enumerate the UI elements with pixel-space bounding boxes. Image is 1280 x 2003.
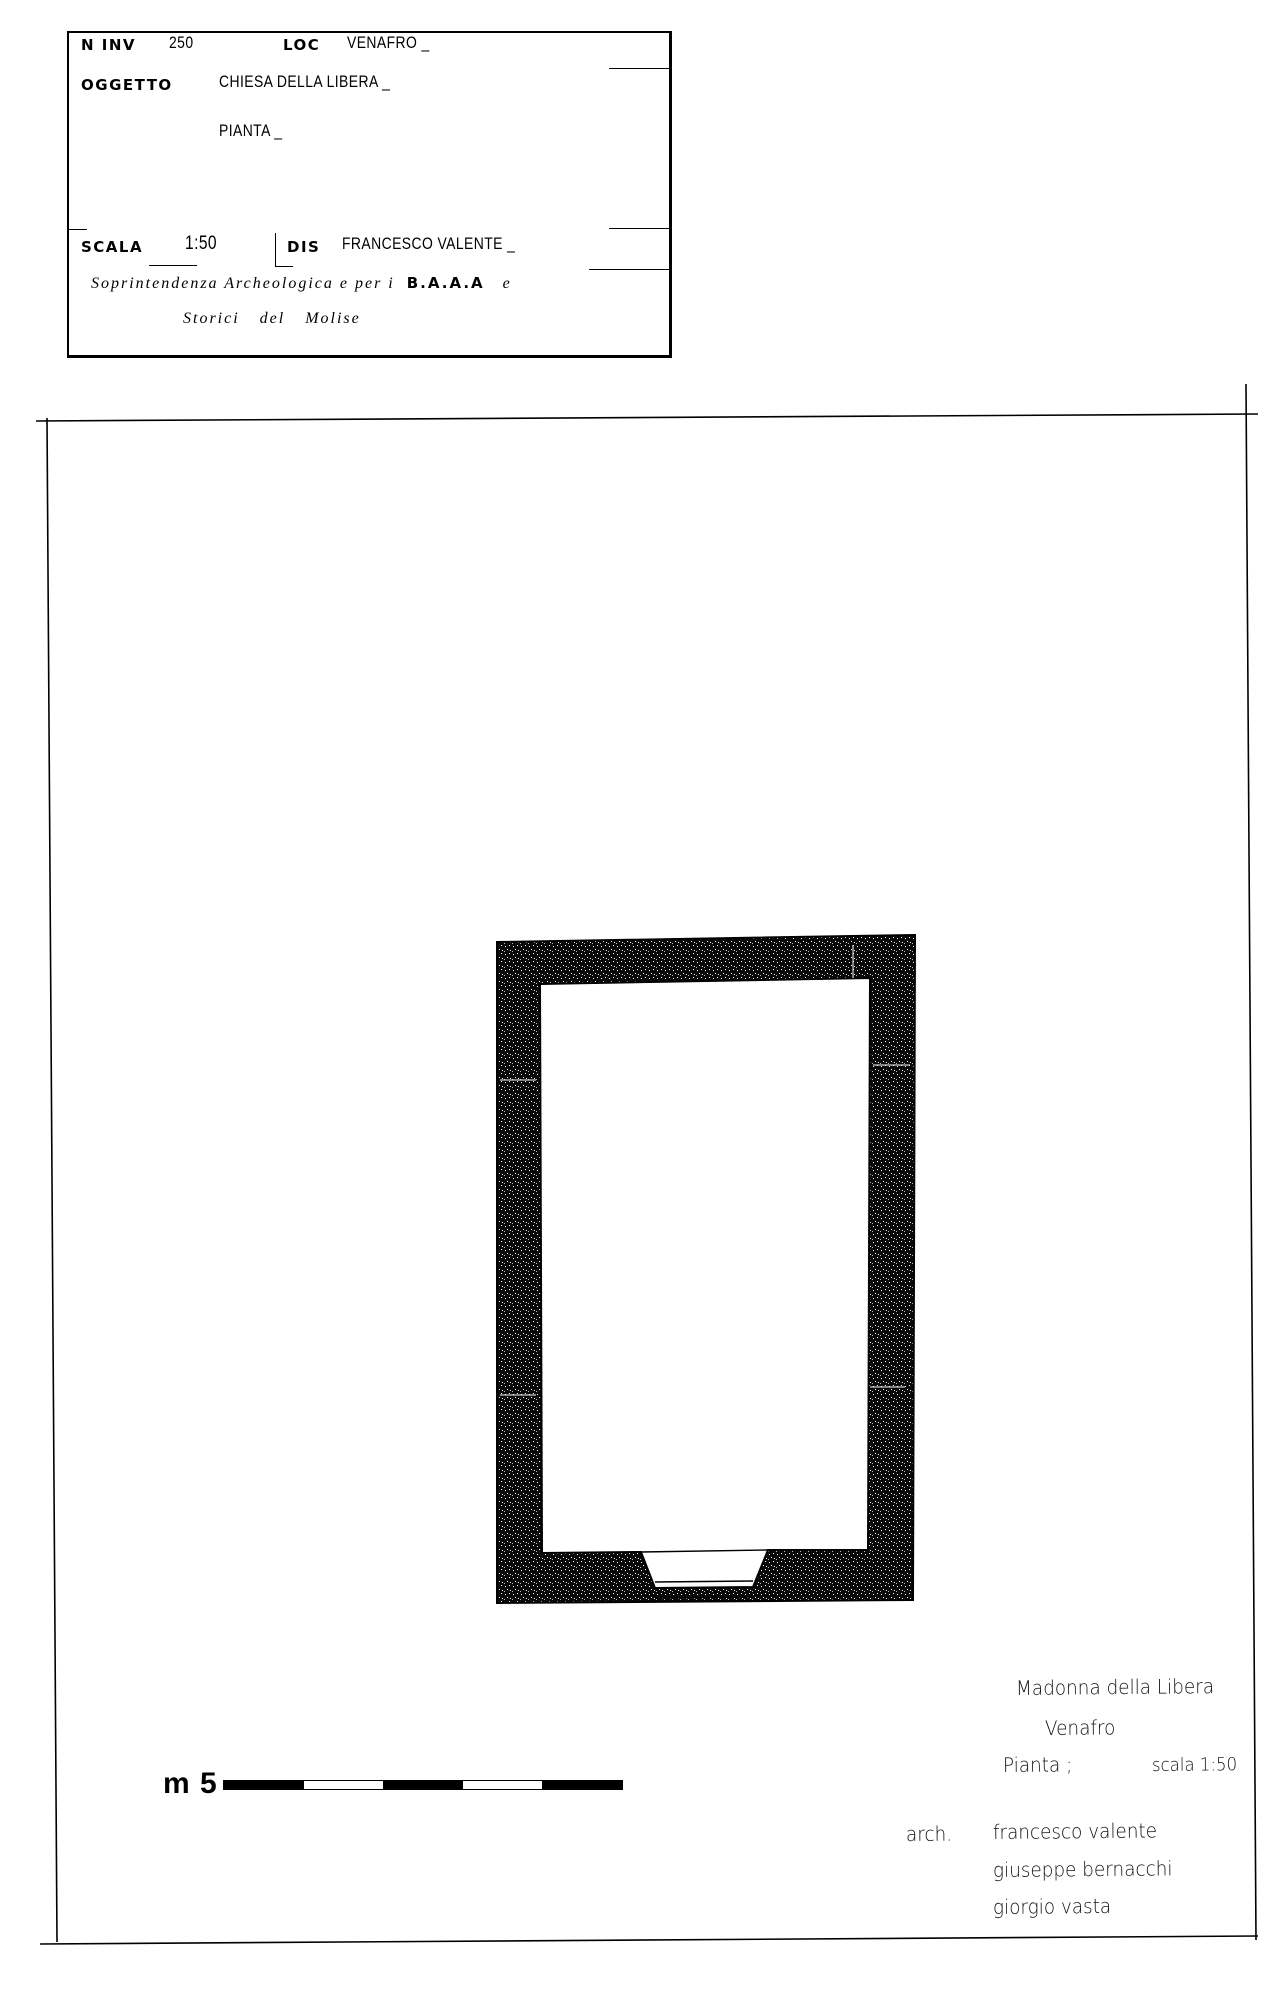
frame-border	[36, 384, 1258, 1944]
note-arch-prefix: arch.	[906, 1822, 952, 1846]
scale-bar-segment	[383, 1781, 463, 1789]
scale-bar-segment	[304, 1781, 384, 1789]
scale-bar-segment	[224, 1781, 304, 1789]
scale-bar-segment	[463, 1781, 543, 1789]
floor-plan-drawing	[0, 0, 1280, 2003]
church-walls	[497, 935, 915, 1603]
note-view: Pianta ;	[1003, 1752, 1072, 1777]
note-author-2: giuseppe bernacchi	[993, 1856, 1173, 1882]
note-title: Madonna della Libera	[1016, 1674, 1214, 1700]
scale-bar-segment	[542, 1781, 622, 1789]
note-place: Venafro	[1045, 1715, 1116, 1740]
wall-joints	[500, 945, 910, 1395]
note-scale: scala 1:50	[1152, 1754, 1237, 1776]
drawing-frame	[0, 0, 1280, 2003]
scale-bar	[223, 1780, 623, 1790]
scale-bar-label: m 5	[163, 1767, 218, 1801]
note-author-1: francesco valente	[993, 1818, 1157, 1844]
note-author-3: giorgio vasta	[993, 1894, 1111, 1919]
